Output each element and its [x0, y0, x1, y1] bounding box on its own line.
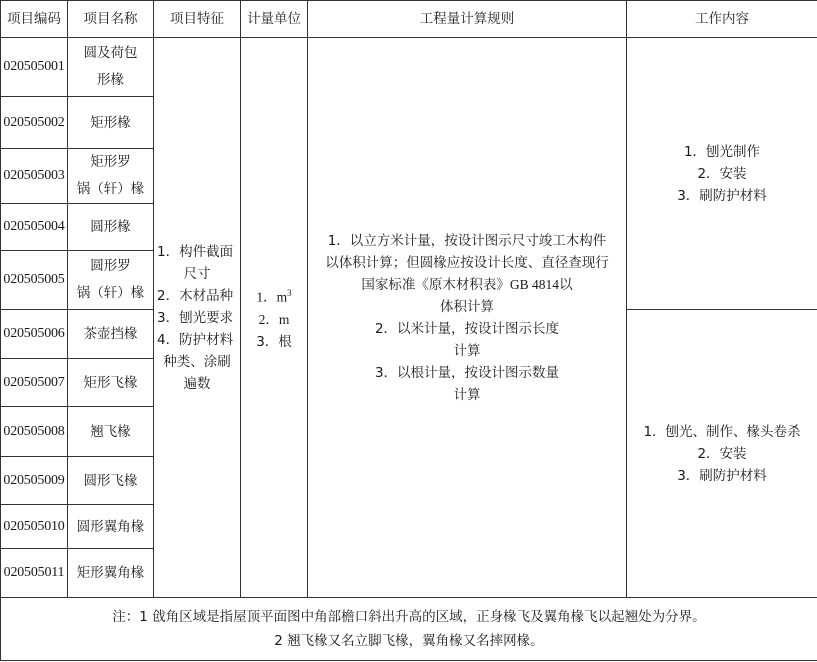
item-features: 1．构件截面 尺寸 2．木材品种 3．刨光要求 4．防护材料 种类、涂刷 遍数: [154, 38, 241, 598]
work-line: 1．刨光制作: [629, 141, 815, 163]
feature-line: 3．刨光要求: [157, 307, 237, 329]
feature-line: 2．木材品种: [157, 285, 237, 307]
feature-line: 尺寸: [157, 263, 237, 285]
item-code: 020505010: [1, 505, 68, 549]
item-name-line1: 圆形罗: [70, 253, 151, 280]
feature-line: 遍数: [157, 373, 237, 395]
rule-line: 2．以米计量，按设计图示长度: [310, 318, 624, 340]
work-line: 2．安装: [629, 163, 815, 185]
work-line: 3．刷防护材料: [629, 185, 815, 207]
rule-line: 计算: [310, 340, 624, 362]
item-name: 矩形椽: [68, 97, 154, 149]
item-code: 020505001: [1, 38, 68, 97]
item-name: 圆形飞椽: [68, 457, 154, 505]
header-row: 项目编码 项目名称 项目特征 计量单位 工程量计算规则 工作内容: [1, 1, 817, 38]
header-work: 工作内容: [627, 1, 817, 38]
rule-line: 3．以根计量，按设计图示数量: [310, 362, 624, 384]
header-rules: 工程量计算规则: [308, 1, 627, 38]
work-line: 2．安装: [629, 443, 815, 465]
unit-meter: 2．m: [243, 309, 305, 331]
note-row: 注：1 戗角区域是指屋顶平面图中角部檐口斜出升高的区域，正身椽飞及翼角椽飞以起翘…: [1, 598, 817, 661]
table-row: 020505001 圆及荷包 形椽 1．构件截面 尺寸 2．木材品种 3．刨光要…: [1, 38, 817, 97]
item-name-line1: 圆及荷包: [70, 40, 151, 67]
item-name: 圆形罗 锅（轩）椽: [68, 251, 154, 310]
item-name-line2: 形椽: [70, 67, 151, 94]
item-code: 020505002: [1, 97, 68, 149]
feature-line: 4．防护材料: [157, 329, 237, 351]
note-line: 注：1 戗角区域是指屋顶平面图中角部檐口斜出升高的区域，正身椽飞及翼角椽飞以起翘…: [3, 605, 815, 629]
item-code: 020505011: [1, 549, 68, 598]
header-code: 项目编码: [1, 1, 68, 38]
item-name: 圆形椽: [68, 204, 154, 251]
header-name: 项目名称: [68, 1, 154, 38]
measure-units: 1．m3 2．m 3．根: [241, 38, 308, 598]
feature-line: 种类、涂刷: [157, 351, 237, 373]
header-unit: 计量单位: [241, 1, 308, 38]
work-content-rafters: 1．刨光制作 2．安装 3．刷防护材料: [627, 38, 817, 310]
item-code: 020505005: [1, 251, 68, 310]
feature-line: 1．构件截面: [157, 241, 237, 263]
quantity-rules-table: 项目编码 项目名称 项目特征 计量单位 工程量计算规则 工作内容 0205050…: [0, 0, 817, 661]
rule-line: 国家标准《原木材积表》GB 4814以: [310, 274, 624, 296]
item-name-line1: 矩形罗: [70, 149, 151, 176]
rule-line: 体积计算: [310, 296, 624, 318]
rule-line: 计算: [310, 384, 624, 406]
table-note: 注：1 戗角区域是指屋顶平面图中角部檐口斜出升高的区域，正身椽飞及翼角椽飞以起翘…: [1, 598, 817, 661]
item-name: 矩形飞椽: [68, 359, 154, 407]
item-code: 020505007: [1, 359, 68, 407]
unit-piece: 3．根: [243, 331, 305, 353]
item-code: 020505009: [1, 457, 68, 505]
item-code: 020505006: [1, 310, 68, 359]
item-code: 020505008: [1, 407, 68, 457]
item-name: 矩形翼角椽: [68, 549, 154, 598]
item-code: 020505004: [1, 204, 68, 251]
header-features: 项目特征: [154, 1, 241, 38]
note-line: 2 翘飞椽又名立脚飞椽，翼角椽又名摔网椽。: [3, 629, 815, 653]
item-name-line2: 锅（轩）椽: [70, 176, 151, 203]
work-content-flying-rafters: 1．刨光、制作、椽头卷杀 2．安装 3．刷防护材料: [627, 310, 817, 598]
item-name: 圆及荷包 形椽: [68, 38, 154, 97]
item-name-line2: 锅（轩）椽: [70, 280, 151, 307]
work-line: 1．刨光、制作、椽头卷杀: [629, 421, 815, 443]
item-name: 矩形罗 锅（轩）椽: [68, 149, 154, 204]
unit-cubic-meter: 1．m3: [243, 282, 305, 309]
rule-line: 1．以立方米计量，按设计图示尺寸竣工木构件: [310, 230, 624, 252]
item-code: 020505003: [1, 149, 68, 204]
item-name: 茶壶挡椽: [68, 310, 154, 359]
work-line: 3．刷防护材料: [629, 465, 815, 487]
calculation-rules: 1．以立方米计量，按设计图示尺寸竣工木构件 以体积计算；但圆椽应按设计长度、直径…: [308, 38, 627, 598]
rule-line: 以体积计算；但圆椽应按设计长度、直径查现行: [310, 252, 624, 274]
item-name: 翘飞椽: [68, 407, 154, 457]
item-name: 圆形翼角椽: [68, 505, 154, 549]
